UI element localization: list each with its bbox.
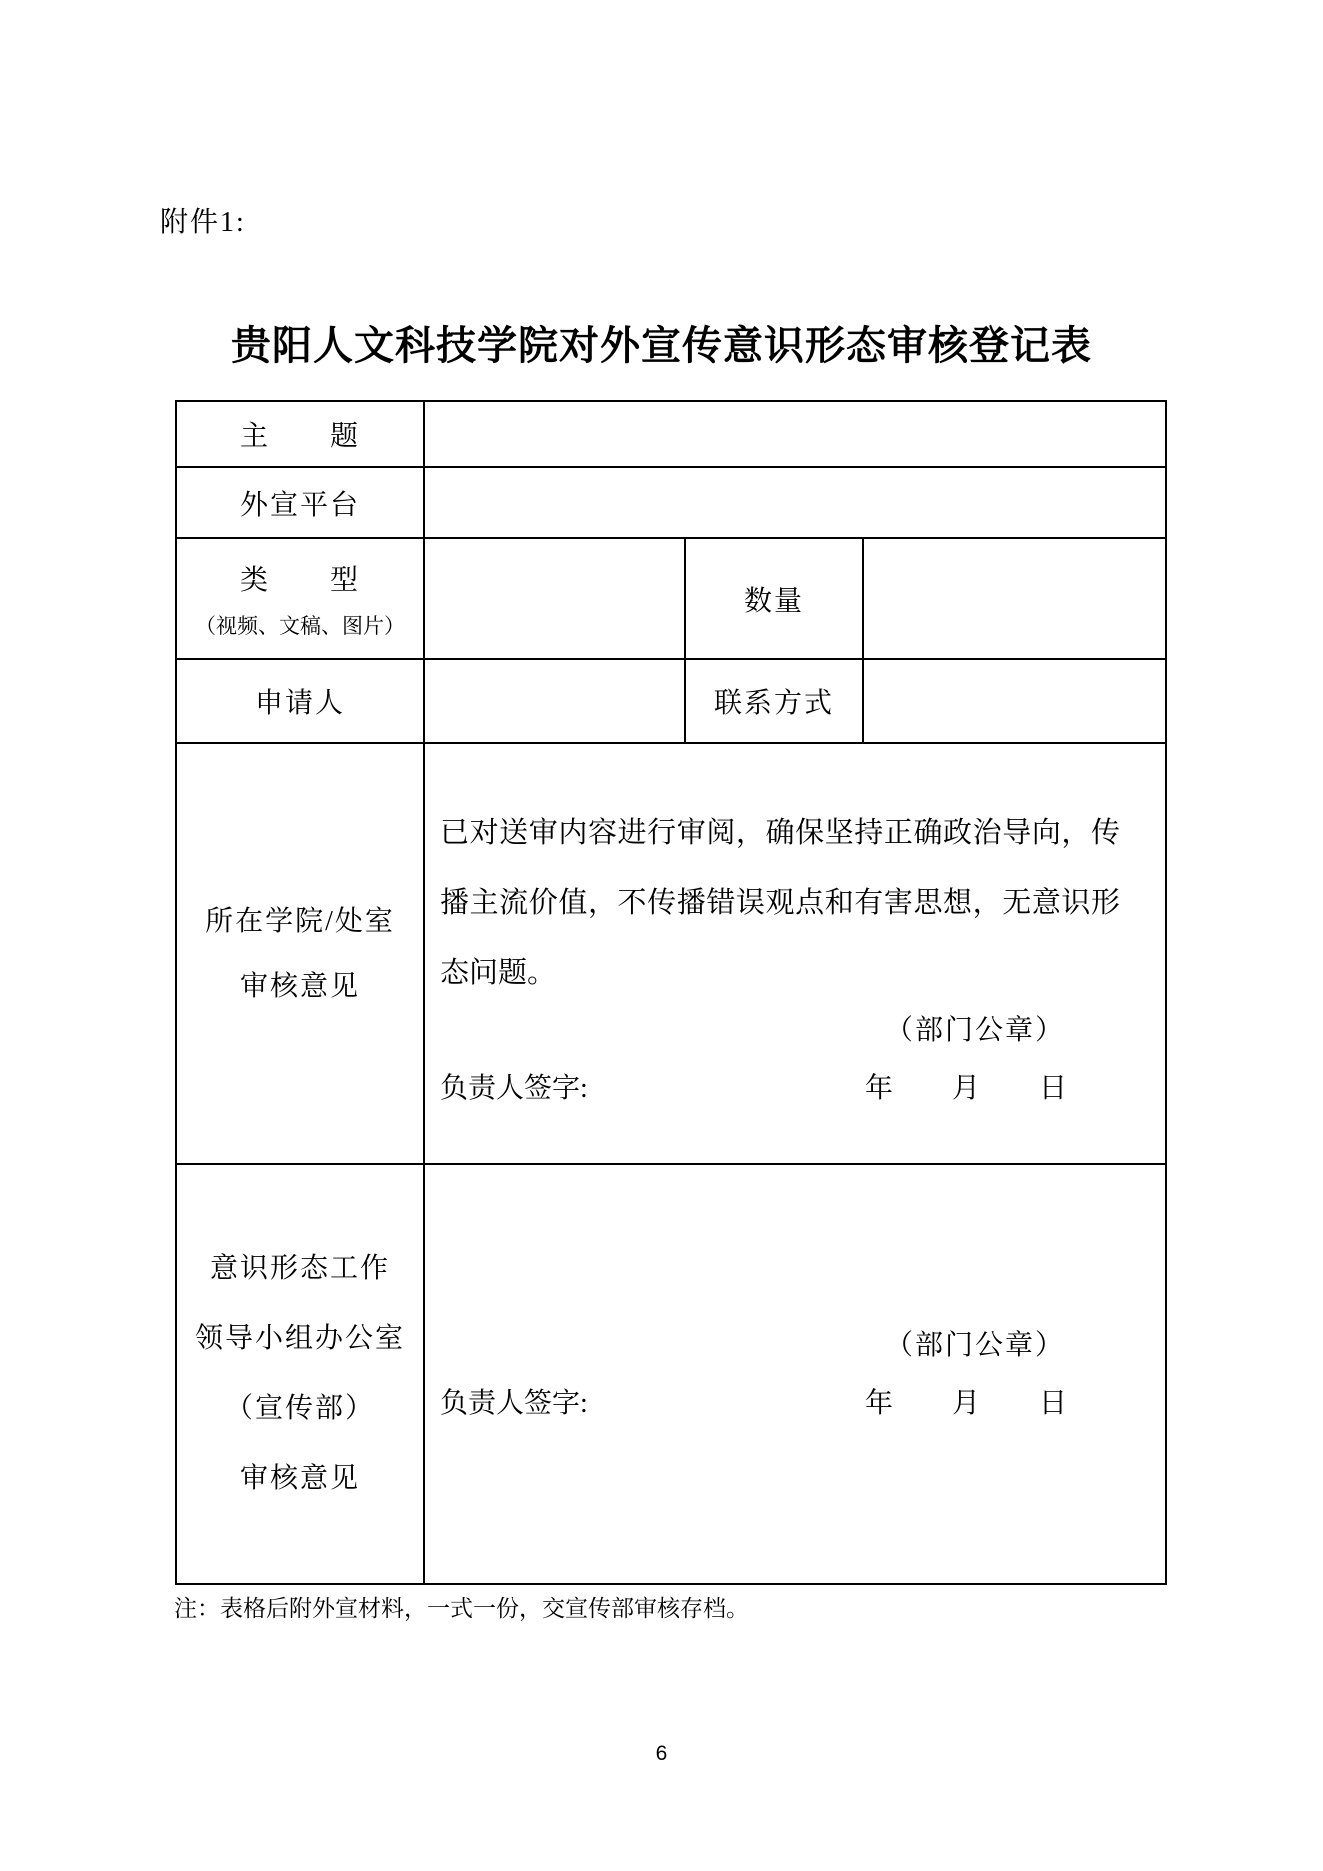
page-number: 6 — [0, 1742, 1323, 1766]
dept-review-label-cell: 所在学院/处室 审核意见 — [176, 743, 424, 1164]
type-sublabel: （视频、文稿、图片） — [177, 610, 423, 640]
type-value-cell — [424, 538, 685, 659]
dept-review-label-line2: 审核意见 — [177, 954, 423, 1019]
ideology-review-seal: （部门公章） — [440, 1323, 1120, 1363]
dept-review-seal: （部门公章） — [440, 1008, 1120, 1048]
table-row-applicant: 申请人 联系方式 — [176, 659, 1166, 743]
type-label: 类 型 — [240, 565, 360, 596]
table-row-dept-review: 所在学院/处室 审核意见 已对送审内容进行审阅，确保坚持正确政治导向，传播主流价… — [176, 743, 1166, 1164]
dept-review-date: 年 月 日 — [865, 1066, 1120, 1106]
ideology-review-content-cell: （部门公章） 负责人签字: 年 月 日 — [424, 1164, 1166, 1584]
applicant-value-cell — [424, 659, 685, 743]
ideology-review-label-line1: 意识形态工作 — [177, 1234, 423, 1304]
dept-review-content-cell: 已对送审内容进行审阅，确保坚持正确政治导向，传播主流价值，不传播错误观点和有害思… — [424, 743, 1166, 1164]
theme-value-cell — [424, 401, 1166, 467]
document-page: 附件1: 贵阳人文科技学院对外宣传意识形态审核登记表 主 题 外宣平台 类 型 … — [0, 0, 1323, 1871]
dept-review-sign-label: 负责人签字: — [440, 1066, 588, 1106]
attachment-label: 附件1: — [160, 200, 246, 240]
page-title: 贵阳人文科技学院对外宣传意识形态审核登记表 — [0, 314, 1323, 371]
platform-label: 外宣平台 — [176, 467, 424, 538]
registration-form-table: 主 题 外宣平台 类 型 （视频、文稿、图片） 数量 申请人 联系方式 — [175, 400, 1167, 1585]
dept-review-label-line1: 所在学院/处室 — [177, 889, 423, 954]
ideology-review-label-line2: 领导小组办公室 — [177, 1304, 423, 1374]
ideology-review-sign-label: 负责人签字: — [440, 1381, 588, 1421]
ideology-review-label-cell: 意识形态工作 领导小组办公室 （宣传部） 审核意见 — [176, 1164, 424, 1584]
table-row-theme: 主 题 — [176, 401, 1166, 467]
type-label-cell: 类 型 （视频、文稿、图片） — [176, 538, 424, 659]
ideology-review-date: 年 月 日 — [865, 1381, 1120, 1421]
contact-label: 联系方式 — [685, 659, 863, 743]
quantity-value-cell — [863, 538, 1166, 659]
table-row-ideology-review: 意识形态工作 领导小组办公室 （宣传部） 审核意见 （部门公章） 负责人签字: … — [176, 1164, 1166, 1584]
ideology-review-label-line4: 审核意见 — [177, 1444, 423, 1514]
ideology-review-label-line3: （宣传部） — [177, 1374, 423, 1444]
theme-label: 主 题 — [176, 401, 424, 467]
applicant-label: 申请人 — [176, 659, 424, 743]
platform-value-cell — [424, 467, 1166, 538]
table-row-platform: 外宣平台 — [176, 467, 1166, 538]
contact-value-cell — [863, 659, 1166, 743]
quantity-label: 数量 — [685, 538, 863, 659]
footer-note: 注：表格后附外宣材料，一式一份，交宣传部审核存档。 — [174, 1590, 749, 1623]
table-row-type: 类 型 （视频、文稿、图片） 数量 — [176, 538, 1166, 659]
dept-review-statement: 已对送审内容进行审阅，确保坚持正确政治导向，传播主流价值，不传播错误观点和有害思… — [440, 798, 1120, 1008]
